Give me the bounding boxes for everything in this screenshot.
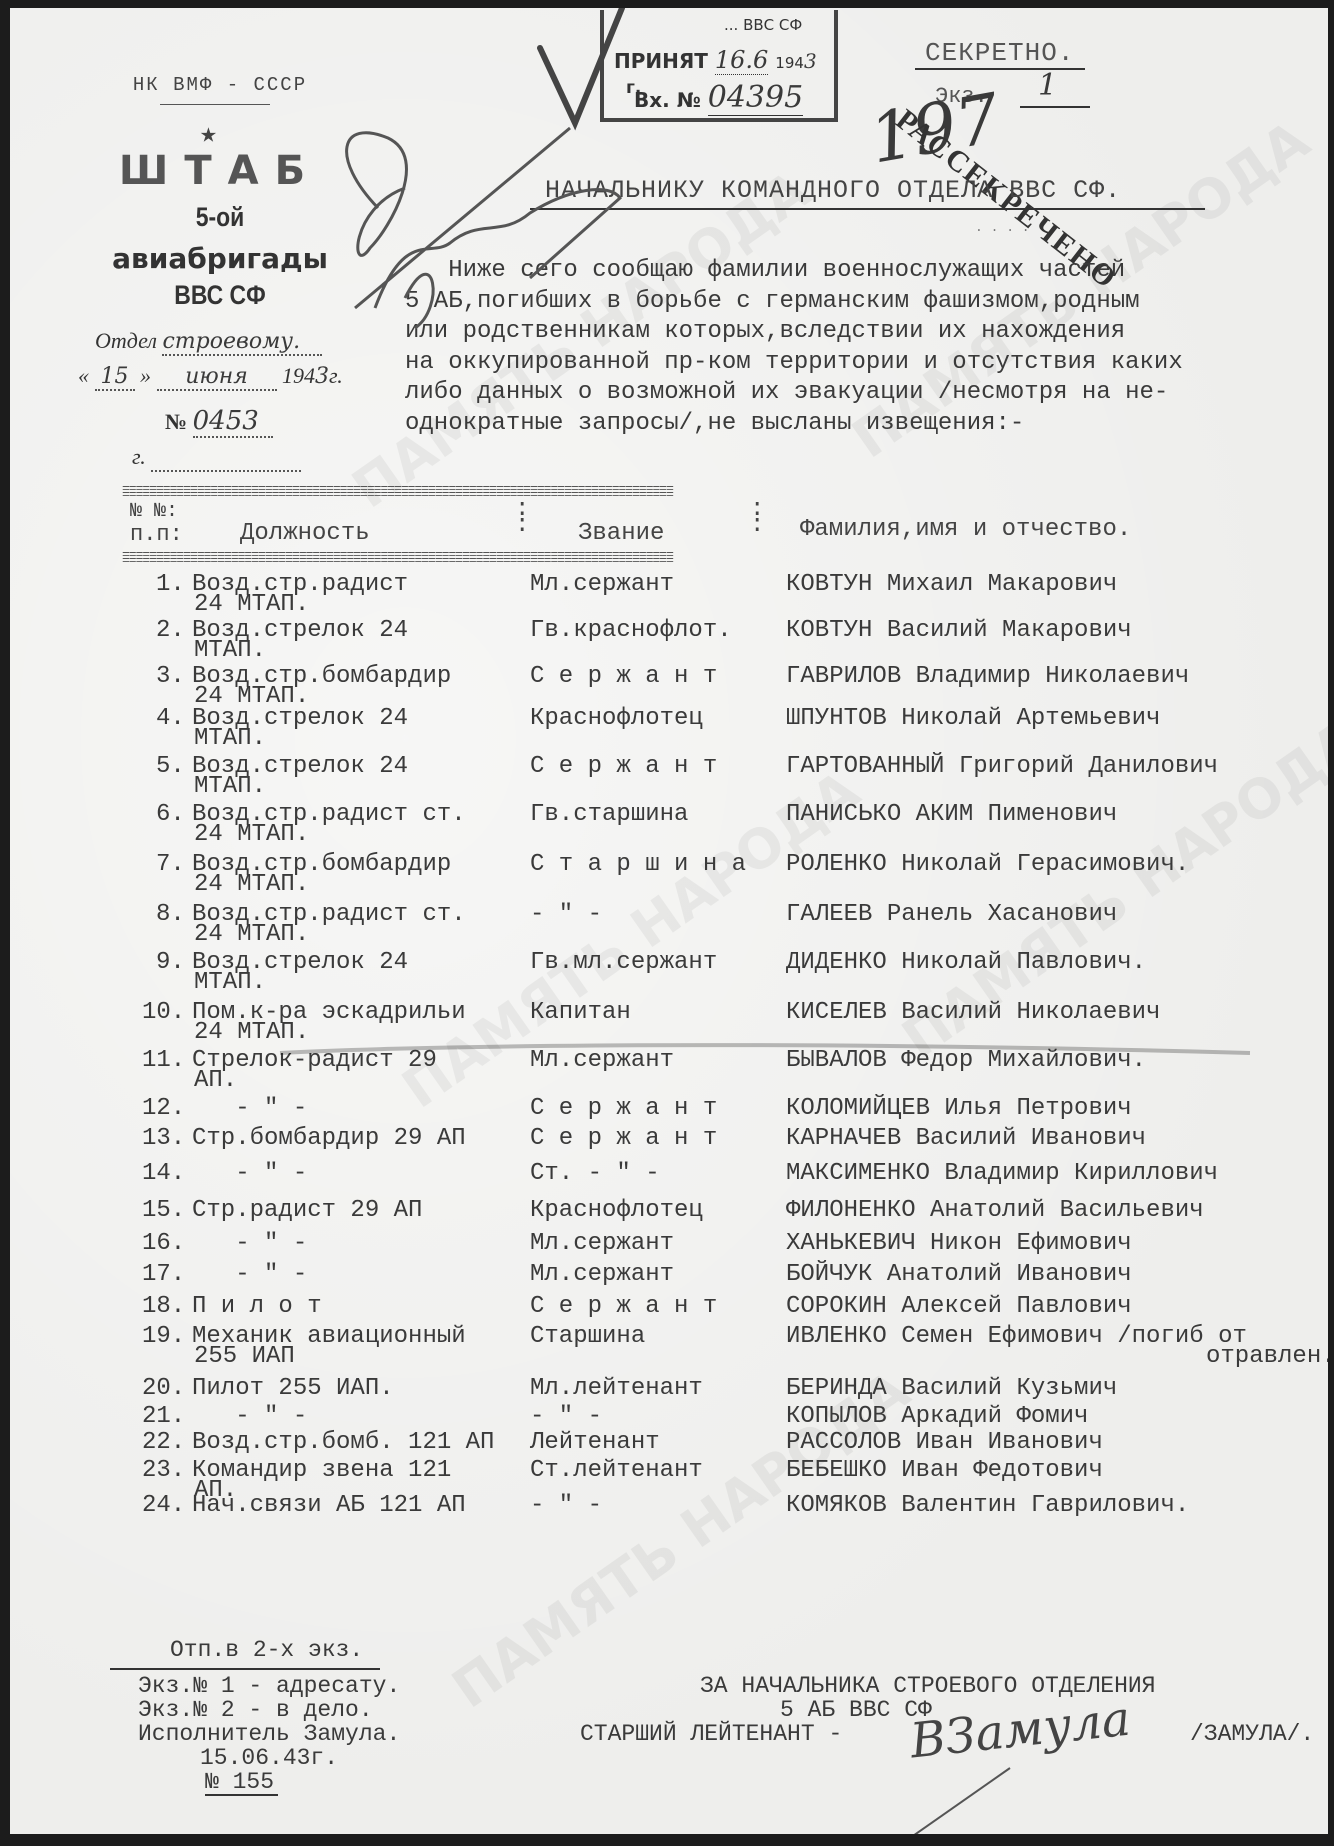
row-rank: С е р ж а н т [530,756,717,778]
row-name: ДИДЕНКО Николай Павлович. [786,952,1146,974]
row-number: 6. [156,804,185,826]
row-number: 9. [156,952,185,974]
row-rank: Ст. - " - [530,1163,660,1185]
row-name: РАССОЛОВ Иван Иванович [786,1432,1103,1454]
header-name: Фамилия,имя и отчество. [800,516,1131,543]
row-position-unit: 24 МТАП. [194,1022,309,1044]
received-date: 16.6 [715,46,768,75]
row-name: ХАНЬКЕВИЧ Никон Ефимович [786,1233,1132,1255]
divider [530,208,1205,210]
department-label: Отдел [95,328,157,353]
row-name: ГАЛЕЕВ Ранель Хасанович [786,904,1117,926]
header-num-line2: п.п: [130,522,183,547]
row-name: КОМЯКОВ Валентин Гаврилович. [786,1495,1189,1517]
organization-name: НК ВМФ - СССР [110,74,330,96]
row-rank: С е р ж а н т [530,1296,717,1318]
row-rank: Капитан [530,1002,631,1024]
body-line: однократные запросы/,не высланы извещени… [405,409,1325,440]
row-number: 8. [156,904,185,926]
table-separator: ========================================… [122,492,1328,502]
letterhead-title: ШТАБ [110,148,330,194]
date-day: 15 [95,364,135,391]
row-name: КАРНАЧЕВ Василий Иванович [786,1128,1146,1150]
unit-type: авиабригады [90,242,350,275]
row-position-unit: 24 МТАП. [194,824,309,846]
city-label: г. [132,444,146,469]
department-value: строевому. [162,329,322,356]
date-g: г. [329,363,343,388]
row-number: 10. [142,1002,185,1024]
row-number: 13. [142,1128,185,1150]
body-line: или родственникам которых,вследствии их … [405,317,1325,348]
date-month: июня [157,364,277,391]
row-position: Пилот 255 ИАП. [192,1378,394,1400]
row-position-unit: 255 ИАП [194,1346,295,1368]
row-name: БОЙЧУК Анатолий Иванович [786,1264,1132,1286]
body-line: Ниже сего сообщаю фамилии военнослужащих… [405,256,1325,287]
row-number: 21. [142,1406,185,1428]
row-rank: Гв.мл.сержант [530,952,717,974]
row-name: РОЛЕНКО Николай Герасимович. [786,854,1189,876]
date-year-suffix: 3 [315,364,329,389]
row-rank: Мл.сержант [530,1264,674,1286]
row-position: - " - [192,1264,307,1286]
row-rank: Ст.лейтенант [530,1460,703,1482]
department-field: Отдел строевому. [95,328,322,356]
received-year: 194 [775,54,804,72]
row-position: - " - [192,1406,307,1428]
row-name: БЕБЕШКО Иван Федотович [786,1460,1103,1482]
red-star-icon: ★ [200,116,217,151]
row-name: МАКСИМЕНКО Владимир Кириллович [786,1163,1218,1185]
unit-number: 5-ой [127,202,314,233]
row-rank: С е р ж а н т [530,1098,717,1120]
body-paragraph: Ниже сего сообщаю фамилии военнослужащих… [405,256,1325,439]
signature-name: /ЗАМУЛА/. [1190,1722,1314,1746]
row-rank: - " - [530,1495,602,1517]
row-rank: Гв.краснофлот. [530,620,732,642]
copy1-destination: Экз.№ 1 - адресату. [138,1674,400,1698]
addressee: НАЧАЛЬНИКУ КОМАНДНОГО ОТДЕЛА ВВС СФ. [545,176,1121,205]
date-field: « 15 » июня 1943г. [78,363,343,391]
row-rank: Краснофлотец [530,708,703,730]
unit-fleet: ВВС СФ [127,280,314,311]
row-name-note: отравлен. [1206,1346,1328,1368]
row-rank: С т а р ш и н а [530,854,746,876]
date-year-prefix: 194 [282,363,315,388]
document-page: ПАМЯТЬ НАРОДА ПАМЯТЬ НАРОДА ПАМЯТЬ НАРОД… [10,8,1328,1834]
row-name: ШПУНТОВ Николай Артемьевич [786,708,1160,730]
row-position-unit: 24 МТАП. [194,594,309,616]
row-name: БЕРИНДА Василий Кузьмич [786,1378,1117,1400]
outgoing-number: № 155 [205,1770,278,1796]
row-rank: Мл.сержант [530,1233,674,1255]
row-number: 18. [142,1296,185,1318]
row-number: 1. [156,574,185,596]
row-rank: Краснофлотец [530,1200,703,1222]
row-number: 7. [156,854,185,876]
row-rank: Мл.сержант [530,574,674,596]
row-rank: - " - [530,904,602,926]
received-year-hand: 3 [804,49,817,73]
row-position: - " - [192,1233,307,1255]
row-position-unit: АП. [194,1070,237,1092]
incoming-number: 04395 [708,80,803,116]
row-number: 11. [142,1050,185,1072]
number-label: № [165,409,187,434]
city-value [151,444,301,472]
row-number: 3. [156,666,185,688]
number-value: 0453 [193,406,273,438]
row-number: 16. [142,1233,185,1255]
row-position: Стр.бомбардир 29 АП [192,1128,466,1150]
row-rank: С е р ж а н т [530,1128,717,1150]
row-name: КОВТУН Михаил Макарович [786,574,1117,596]
secret-label: СЕКРЕТНО. [925,38,1074,68]
incoming-label: Вх. № [634,88,701,112]
row-position-unit: 24 МТАП. [194,874,309,896]
executor-date: 15.06.43г. [200,1746,338,1770]
row-position: - " - [192,1163,307,1185]
row-position-unit: МТАП. [194,972,266,994]
row-position: П и л о т [192,1296,322,1318]
row-number: 17. [142,1264,185,1286]
row-number: 4. [156,708,185,730]
stamp-header: ... ВВС СФ [724,16,802,34]
stamp-incoming-number: Вх. № 04395 [634,80,803,115]
executor: Исполнитель Замула. [138,1722,400,1746]
row-position-unit: МТАП. [194,640,266,662]
row-number: 14. [142,1163,185,1185]
incoming-stamp: ... ВВС СФ ПРИНЯТ 16.6 1943 г. Вх. № 043… [600,10,838,122]
header-colon: :: [515,502,529,534]
row-position: Возд.стр.бомб. 121 АП [192,1432,494,1454]
received-label: ПРИНЯТ [614,49,708,73]
row-name: ИВЛЕНКО Семен Ефимович /погиб от [786,1326,1247,1348]
quote-close: » [140,363,151,388]
divider [110,1668,380,1670]
signature-rank: СТАРШИЙ ЛЕЙТЕНАНТ - [580,1722,842,1746]
row-rank: Старшина [530,1326,645,1348]
row-position: Стр.радист 29 АП [192,1200,422,1222]
row-name: ГАРТОВАННЫЙ Григорий Данилович [786,756,1218,778]
body-line: на оккупированной пр-ком территории и от… [405,348,1325,379]
row-number: 24. [142,1495,185,1517]
row-name: ПАНИСЬКО АКИМ Пименович [786,804,1117,826]
row-name: ФИЛОНЕНКО Анатолий Васильевич [786,1200,1204,1222]
row-rank: Мл.лейтенант [530,1378,703,1400]
row-rank: Мл.сержант [530,1050,674,1072]
row-name: БЫВАЛОВ Федор Михайлович. [786,1050,1146,1072]
header-rank: Звание [578,520,664,547]
quote-open: « [78,363,89,388]
header-num-line1: № №: [130,500,178,523]
row-number: 20. [142,1378,185,1400]
row-position-unit: МТАП. [194,728,266,750]
row-position-unit: 24 МТАП. [194,924,309,946]
city-field: г. [132,444,301,472]
row-rank: - " - [530,1406,602,1428]
divider [915,68,1085,70]
divider [160,104,270,105]
row-name: КОВТУН Василий Макарович [786,620,1132,642]
header-colon: :: [750,502,764,534]
divider [1020,106,1090,108]
row-name: КОЛОМИЙЦЕВ Илья Петрович [786,1098,1132,1120]
row-number: 22. [142,1432,185,1454]
row-rank: Гв.старшина [530,804,688,826]
row-name: СОРОКИН Алексей Павлович [786,1296,1132,1318]
copy-number: 1 [1038,68,1057,103]
table-separator: ========================================… [122,558,1328,568]
body-line: 5 АБ,погибших в борьбе с германским фаши… [405,287,1325,318]
row-name: ГАВРИЛОВ Владимир Николаевич [786,666,1189,688]
row-number: 2. [156,620,185,642]
number-field: № 0453 [165,406,273,438]
row-number: 5. [156,756,185,778]
copies-total: Отп.в 2-х экз. [170,1638,363,1662]
header-position: Должность [240,520,370,547]
row-number: 23. [142,1460,185,1482]
row-number: 19. [142,1326,185,1348]
row-position: Нач.связи АБ 121 АП [192,1495,466,1517]
handwritten-signature: ВЗамула [908,1691,1133,1770]
row-rank: С е р ж а н т [530,666,717,688]
row-position: - " - [192,1098,307,1120]
row-position-unit: МТАП. [194,776,266,798]
row-name: КОПЫЛОВ Аркадий Фомич [786,1406,1088,1428]
dots: . . . . [975,220,1030,235]
row-number: 15. [142,1200,185,1222]
body-line: либо данных о возможной их эвакуации /не… [405,378,1325,409]
copy2-destination: Экз.№ 2 - в дело. [138,1698,373,1722]
row-name: КИСЕЛЕВ Василий Николаевич [786,1002,1160,1024]
row-rank: Лейтенант [530,1432,660,1454]
row-number: 12. [142,1098,185,1120]
